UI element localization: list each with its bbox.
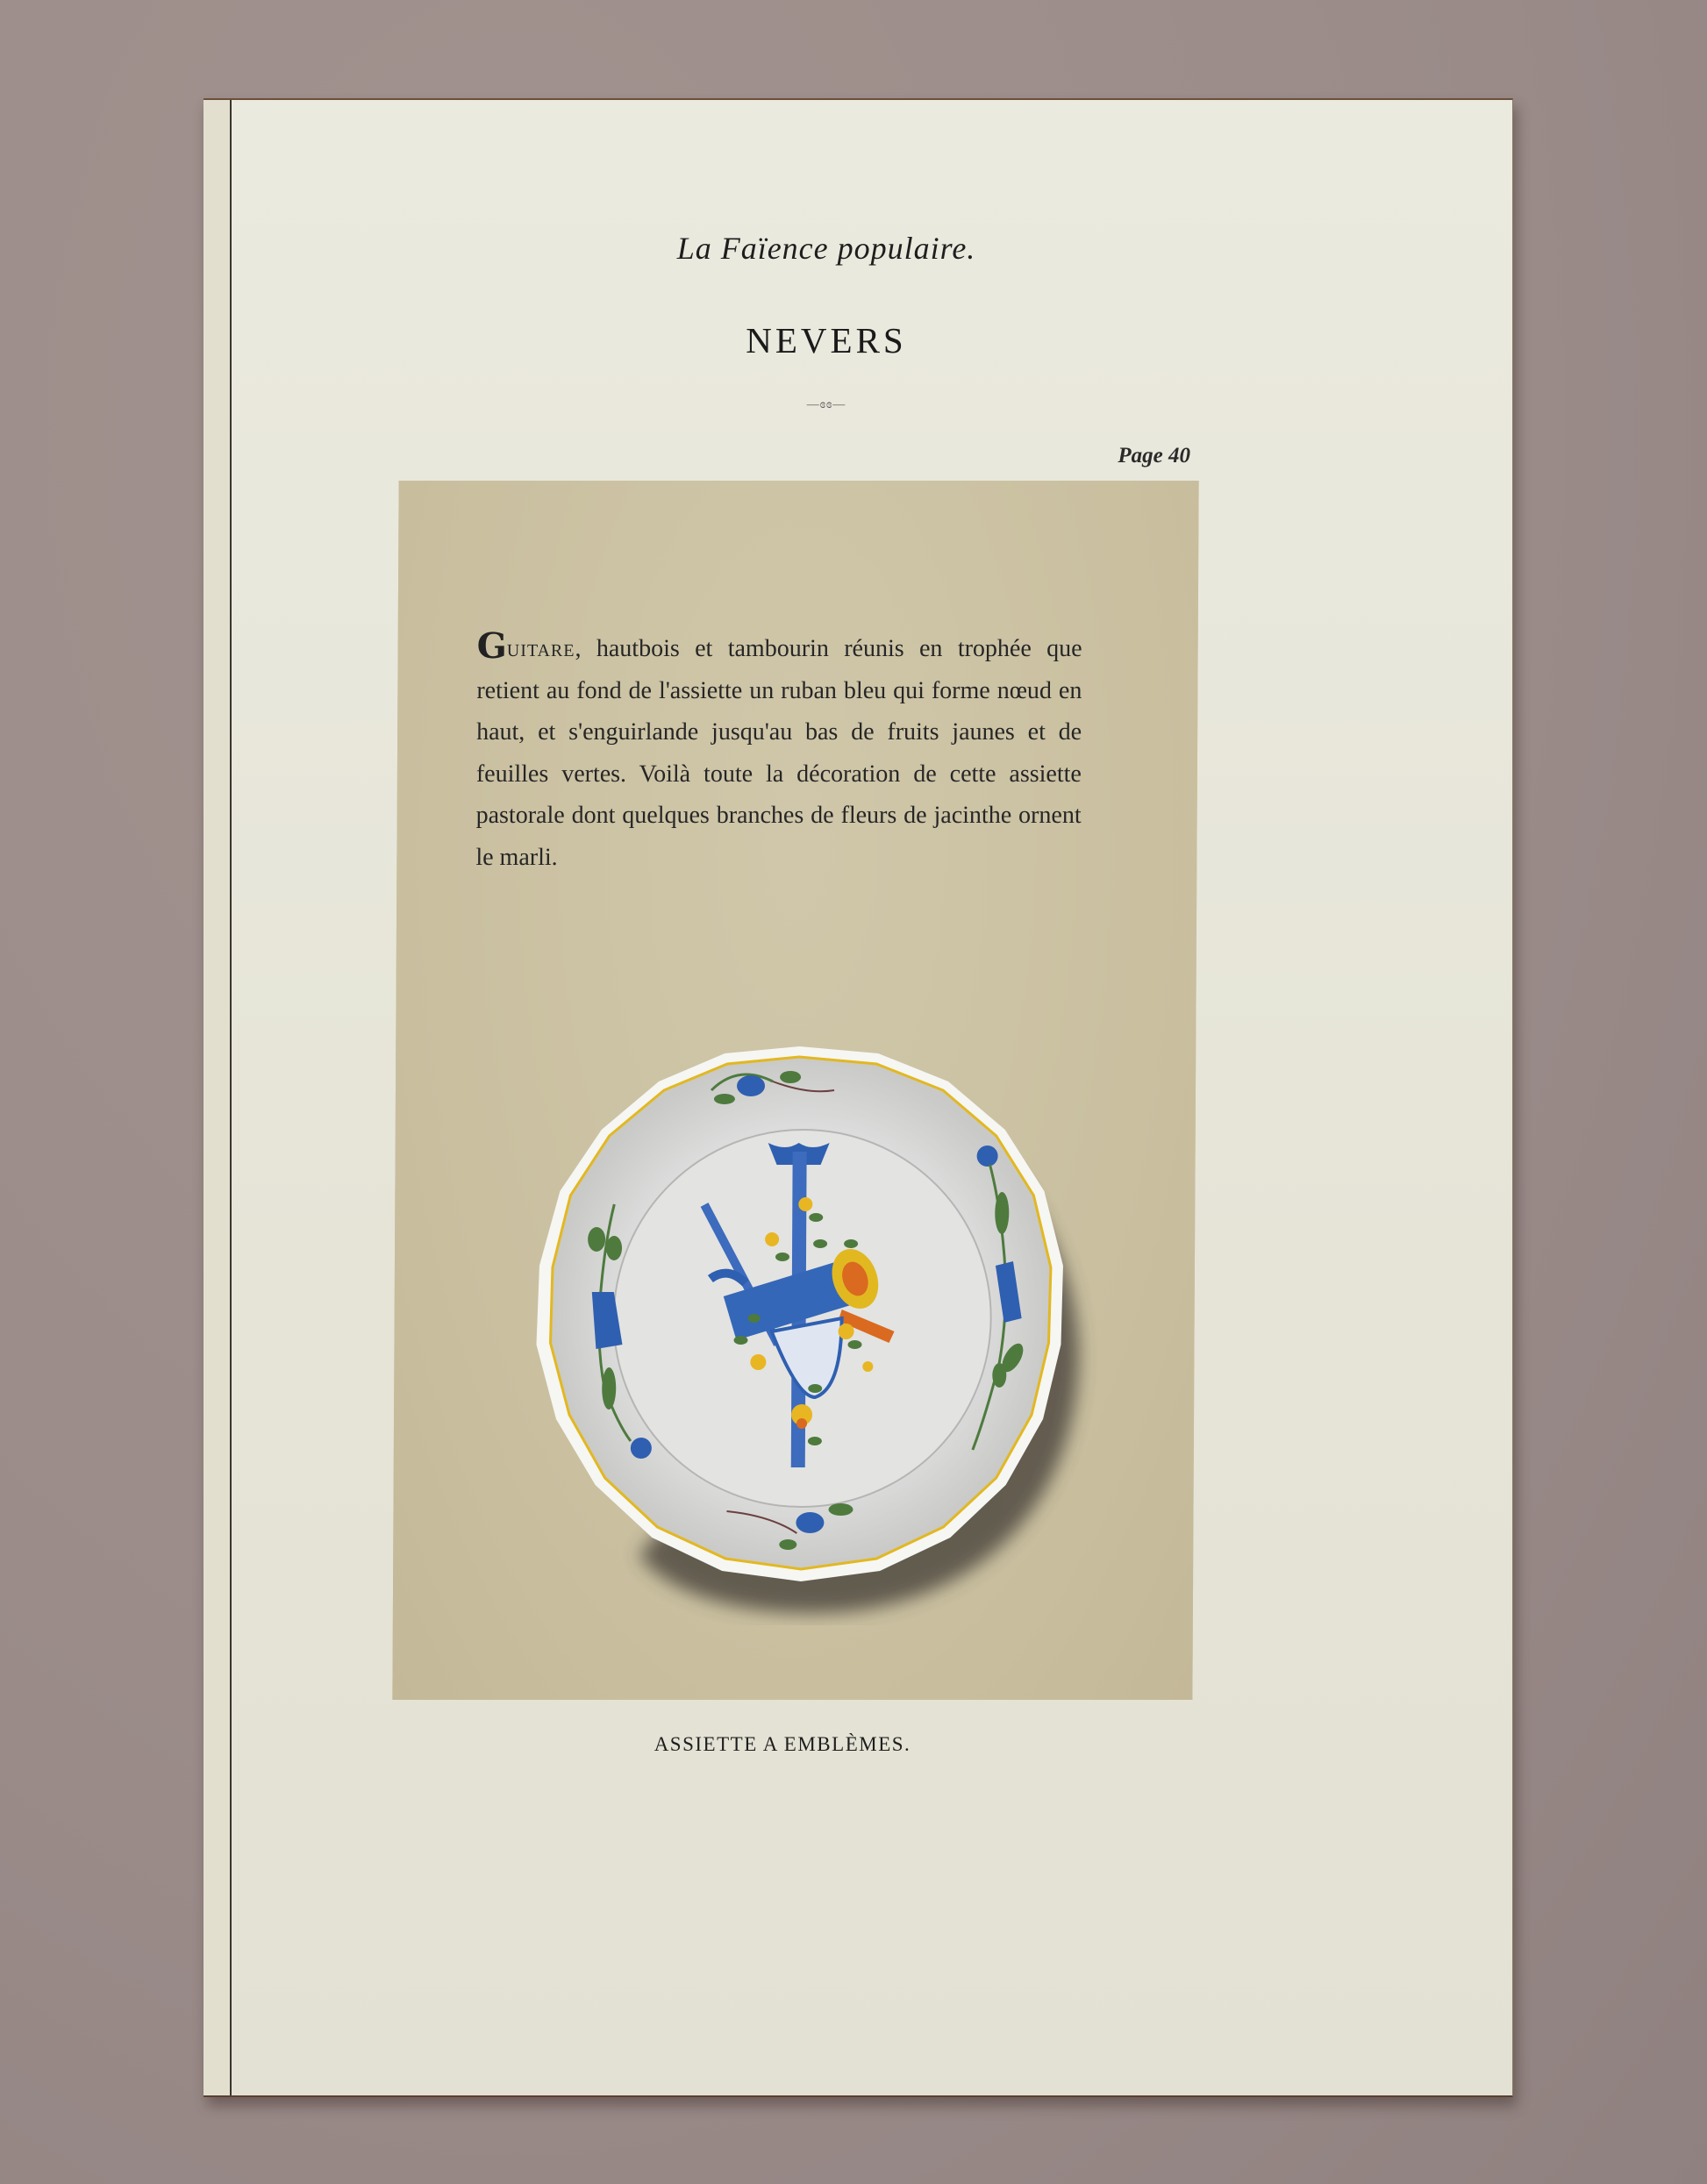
running-header: La Faïence populaire. xyxy=(633,230,1019,267)
description-body: , hautbois et tambourin réunis en trophé… xyxy=(475,635,1082,871)
plate-illustration xyxy=(507,1029,1107,1625)
ornament-divider: —ɞɞ— xyxy=(747,398,905,412)
page-number: Page 40 xyxy=(1068,444,1190,468)
first-word: uitare xyxy=(507,635,575,662)
binding-stub xyxy=(204,100,232,2095)
plate-description: Guitare, hautbois et tambourin réunis en… xyxy=(475,628,1082,878)
plate-caption: ASSIETTE A EMBLÈMES. xyxy=(537,1733,1028,1756)
drop-cap: G xyxy=(477,625,507,667)
printed-page: La Faïence populaire. NEVERS —ɞɞ— Page 4… xyxy=(204,98,1513,2097)
faience-plate-icon xyxy=(507,1029,1107,1625)
illustration-plate: Guitare, hautbois et tambourin réunis en… xyxy=(392,481,1198,1700)
section-title: NEVERS xyxy=(633,319,1019,361)
